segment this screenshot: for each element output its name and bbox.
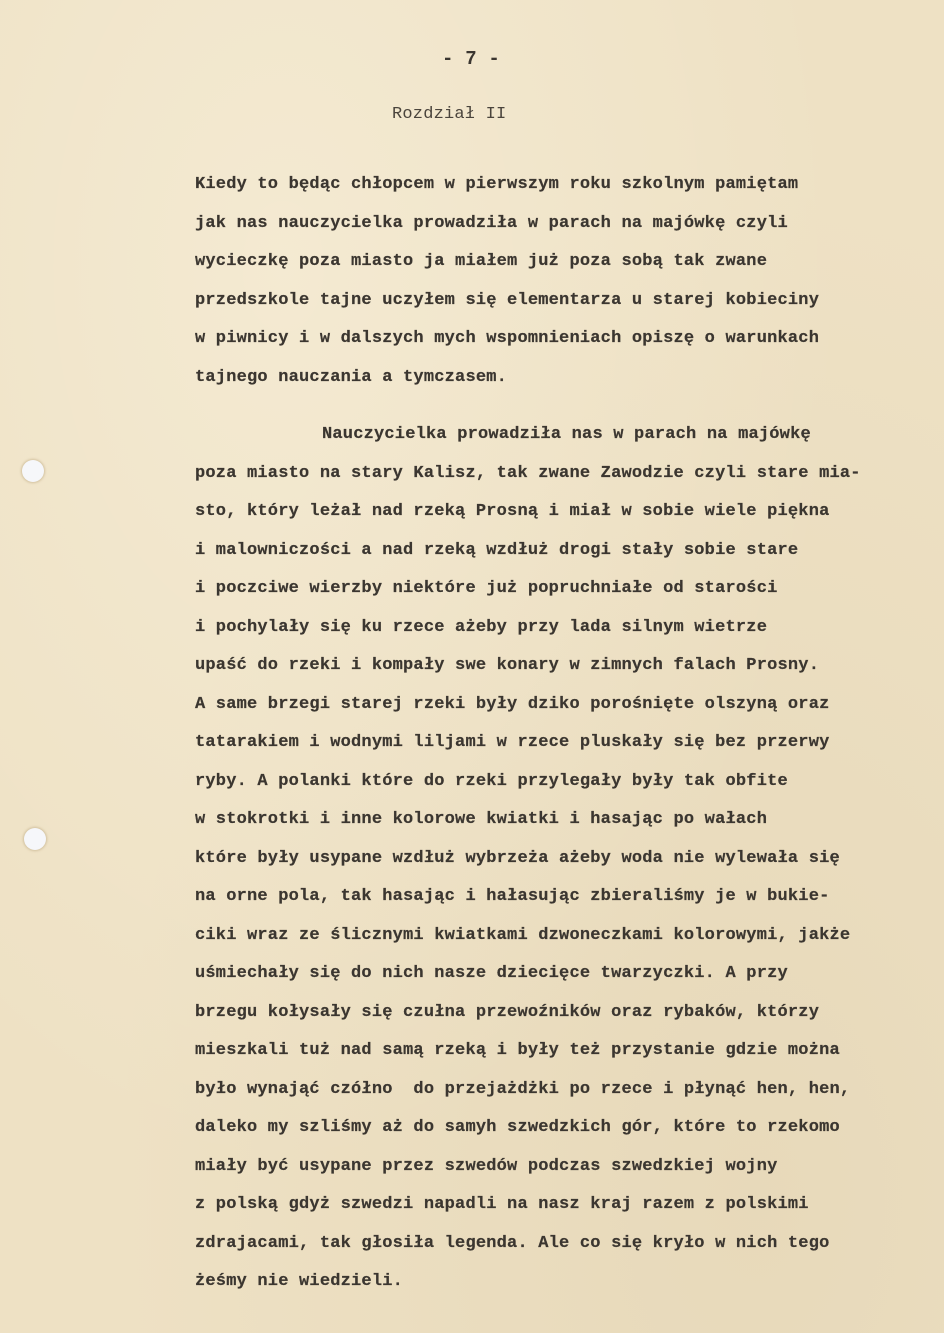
text-line: poza miasto na stary Kalisz, tak zwane Z… [195, 461, 935, 500]
text-line: daleko my szliśmy aż do samyh szwedzkich… [195, 1115, 935, 1154]
typewritten-page: - 7 - Rozdział II Kiedy to będąc chłopce… [0, 0, 944, 1333]
text-line: zdrajacami, tak głosiła legenda. Ale co … [195, 1231, 935, 1270]
body-text: Kiedy to będąc chłopcem w pierwszym roku… [195, 172, 935, 1308]
text-line: żeśmy nie wiedzieli. [195, 1269, 935, 1308]
punch-hole-top [22, 460, 44, 482]
text-line: mieszkali tuż nad samą rzeką i były też … [195, 1038, 935, 1077]
text-line: tatarakiem i wodnymi liljami w rzece plu… [195, 730, 935, 769]
text-line: upaść do rzeki i kompały swe konary w zi… [195, 653, 935, 692]
paragraph-1: Kiedy to będąc chłopcem w pierwszym roku… [195, 172, 935, 403]
text-line: z polską gdyż szwedzi napadli na nasz kr… [195, 1192, 935, 1231]
paragraph-2: Nauczycielka prowadziła nas w parach na … [195, 422, 935, 1308]
text-line: Kiedy to będąc chłopcem w pierwszym roku… [195, 172, 935, 211]
text-line: na orne pola, tak hasając i hałasując zb… [195, 884, 935, 923]
text-line: sto, który leżał nad rzeką Prosną i miał… [195, 499, 935, 538]
chapter-title: Rozdział II [392, 105, 506, 124]
text-line: uśmiechały się do nich nasze dziecięce t… [195, 961, 935, 1000]
text-line: ciki wraz ze ślicznymi kwiatkami dzwonec… [195, 923, 935, 962]
text-line: brzegu kołysały się czułna przewoźników … [195, 1000, 935, 1039]
text-line: i pochylały się ku rzece ażeby przy lada… [195, 615, 935, 654]
text-line: Nauczycielka prowadziła nas w parach na … [195, 422, 935, 461]
text-line: w piwnicy i w dalszych mych wspomnieniac… [195, 326, 935, 365]
text-line: ryby. A polanki które do rzeki przylegał… [195, 769, 935, 808]
text-line: A same brzegi starej rzeki były dziko po… [195, 692, 935, 731]
text-line: miały być usypane przez szwedów podczas … [195, 1154, 935, 1193]
text-line: było wynająć czółno do przejażdżki po rz… [195, 1077, 935, 1116]
text-line: w stokrotki i inne kolorowe kwiatki i ha… [195, 807, 935, 846]
text-line: jak nas nauczycielka prowadziła w parach… [195, 211, 935, 250]
text-line: tajnego nauczania a tymczasem. [195, 365, 935, 404]
text-line: i malowniczości a nad rzeką wzdłuż drogi… [195, 538, 935, 577]
text-line: przedszkole tajne uczyłem się elementarz… [195, 288, 935, 327]
page-number: - 7 - [442, 48, 500, 70]
paragraph-gap [195, 403, 935, 422]
text-line: wycieczkę poza miasto ja miałem już poza… [195, 249, 935, 288]
text-line: i poczciwe wierzby niektóre już popruchn… [195, 576, 935, 615]
text-line: które były usypane wzdłuż wybrzeża ażeby… [195, 846, 935, 885]
punch-hole-bottom [24, 828, 46, 850]
